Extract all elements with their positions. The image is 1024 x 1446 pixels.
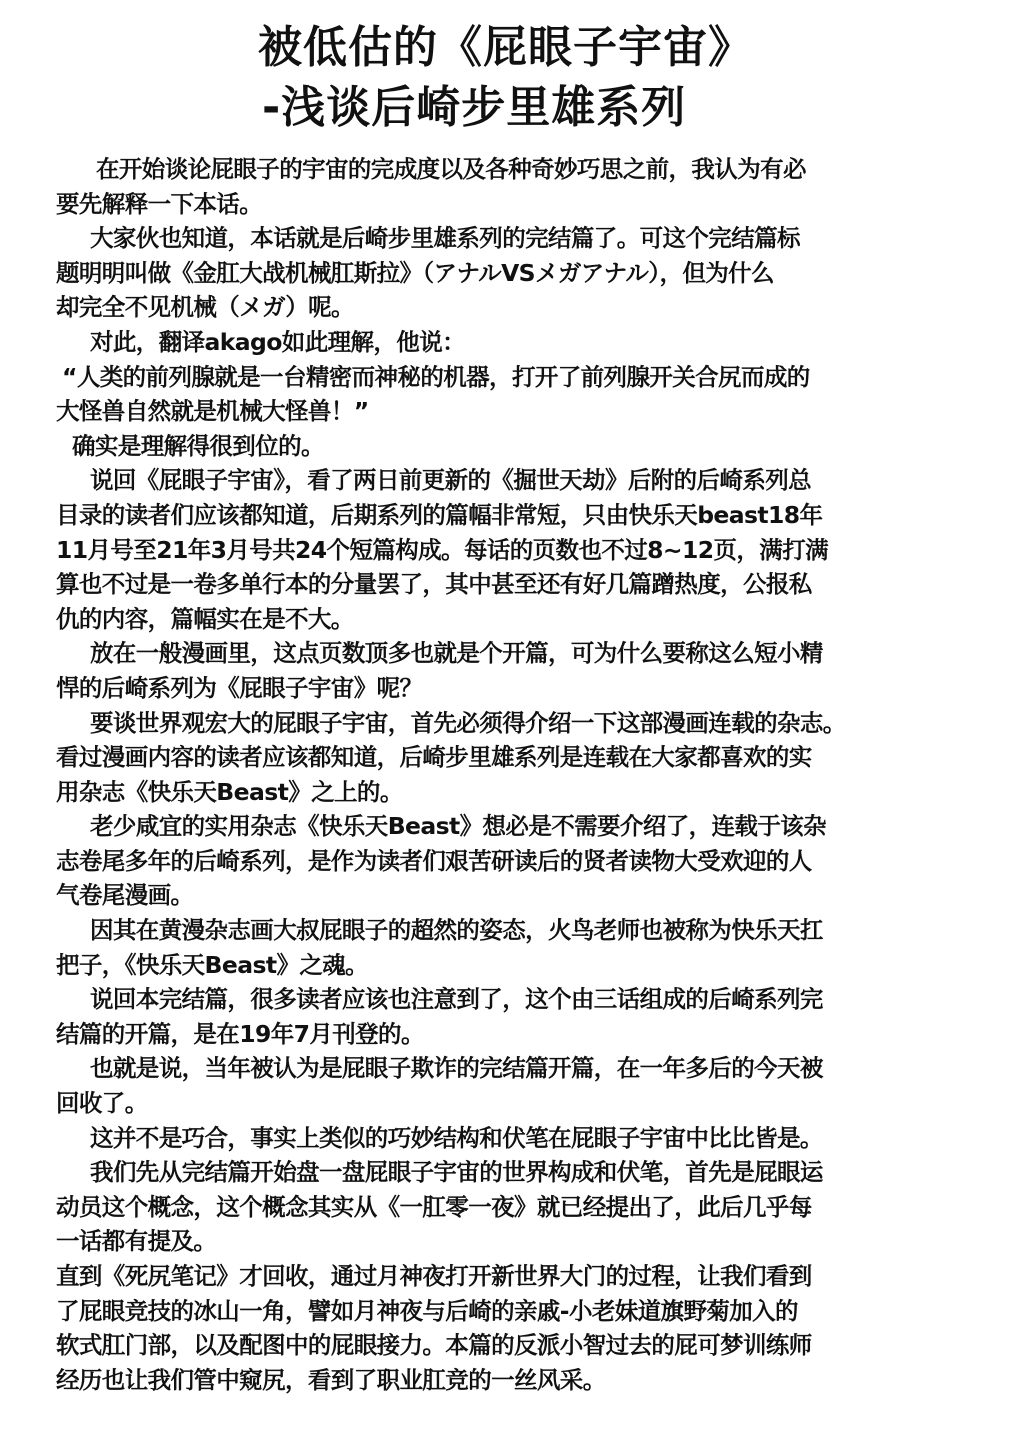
text-line: 悍的后崎系列为《屁眼子宇宙》呢？ (56, 671, 996, 706)
text-line: 确实是理解得很到位的。 (56, 429, 996, 464)
text-line: 软式肛门部，以及配图中的屁眼接力。本篇的反派小智过去的屁可梦训练师 (56, 1328, 996, 1363)
text-line: 气卷尾漫画。 (56, 878, 996, 913)
text-line: 仇的内容，篇幅实在是不大。 (56, 602, 996, 637)
text-line: 要先解释一下本话。 (56, 187, 996, 222)
text-line: 结篇的开篇，是在19年7月刊登的。 (56, 1017, 996, 1052)
text-line: 看过漫画内容的读者应该都知道，后崎步里雄系列是连载在大家都喜欢的实 (56, 740, 996, 775)
text-line: 把子，《快乐天Beast》之魂。 (56, 948, 996, 983)
text-line: 也就是说，当年被认为是屁眼子欺诈的完结篇开篇，在一年多后的今天被 (56, 1051, 996, 1086)
text-line: 11月号至21年3月号共24个短篇构成。每话的页数也不过8~12页，满打满 (56, 533, 996, 568)
text-line: 大家伙也知道，本话就是后崎步里雄系列的完结篇了。可这个完结篇标 (56, 221, 996, 256)
text-line: 动员这个概念，这个概念其实从《一肛零一夜》就已经提出了，此后几乎每 (56, 1190, 996, 1225)
text-line: 回收了。 (56, 1086, 996, 1121)
text-line: 算也不过是一卷多单行本的分量罢了，其中甚至还有好几篇蹭热度，公报私 (56, 567, 996, 602)
text-line: 说回《屁眼子宇宙》，看了两日前更新的《掘世天劫》后附的后崎系列总 (56, 463, 996, 498)
text-line: 目录的读者们应该都知道，后期系列的篇幅非常短，只由快乐天beast18年 (56, 498, 996, 533)
document-body: 在开始谈论屁眼子的宇宙的完成度以及各种奇妙巧思之前，我认为有必 要先解释一下本话… (56, 152, 996, 1397)
text-line: 对此，翻译akago如此理解，他说： (56, 325, 996, 360)
text-line: 在开始谈论屁眼子的宇宙的完成度以及各种奇妙巧思之前，我认为有必 (56, 152, 996, 187)
text-line: 了屁眼竞技的冰山一角，譬如月神夜与后崎的亲戚-小老妹道旗野菊加入的 (56, 1294, 996, 1329)
text-line: 却完全不见机械（メガ）呢。 (56, 290, 996, 325)
text-line: 题明明叫做《金肛大战机械肛斯拉》（アナルVSメガアナル），但为什么 (56, 256, 996, 291)
text-line: “人类的前列腺就是一台精密而神秘的机器，打开了前列腺开关合尻而成的 (56, 360, 996, 395)
text-line: 因其在黄漫杂志画大叔屁眼子的超然的姿态，火鸟老师也被称为快乐天扛 (56, 913, 996, 948)
text-line: 放在一般漫画里，这点页数顶多也就是个开篇，可为什么要称这么短小精 (56, 636, 996, 671)
text-line: 说回本完结篇，很多读者应该也注意到了，这个由三话组成的后崎系列完 (56, 982, 996, 1017)
text-line: 直到《死尻笔记》才回收，通过月神夜打开新世界大门的过程，让我们看到 (56, 1259, 996, 1294)
text-line: 老少咸宜的实用杂志《快乐天Beast》想必是不需要介绍了，连载于该杂 (56, 809, 996, 844)
text-line: 一话都有提及。 (56, 1224, 996, 1259)
text-line: 这并不是巧合，事实上类似的巧妙结构和伏笔在屁眼子宇宙中比比皆是。 (56, 1121, 996, 1156)
document-subtitle: -浅谈后崎步里雄系列 (262, 80, 1024, 136)
text-line: 志卷尾多年的后崎系列，是作为读者们艰苦研读后的贤者读物大受欢迎的人 (56, 844, 996, 879)
document-title: 被低估的《屁眼子宇宙》 (258, 20, 1024, 76)
text-line: 大怪兽自然就是机械大怪兽！” (56, 394, 996, 429)
text-line: 用杂志《快乐天Beast》之上的。 (56, 775, 996, 810)
text-line: 我们先从完结篇开始盘一盘屁眼子宇宙的世界构成和伏笔，首先是屁眼运 (56, 1155, 996, 1190)
text-line: 经历也让我们管中窥尻，看到了职业肛竞的一丝风采。 (56, 1363, 996, 1398)
text-line: 要谈世界观宏大的屁眼子宇宙，首先必须得介绍一下这部漫画连载的杂志。 (56, 706, 996, 741)
